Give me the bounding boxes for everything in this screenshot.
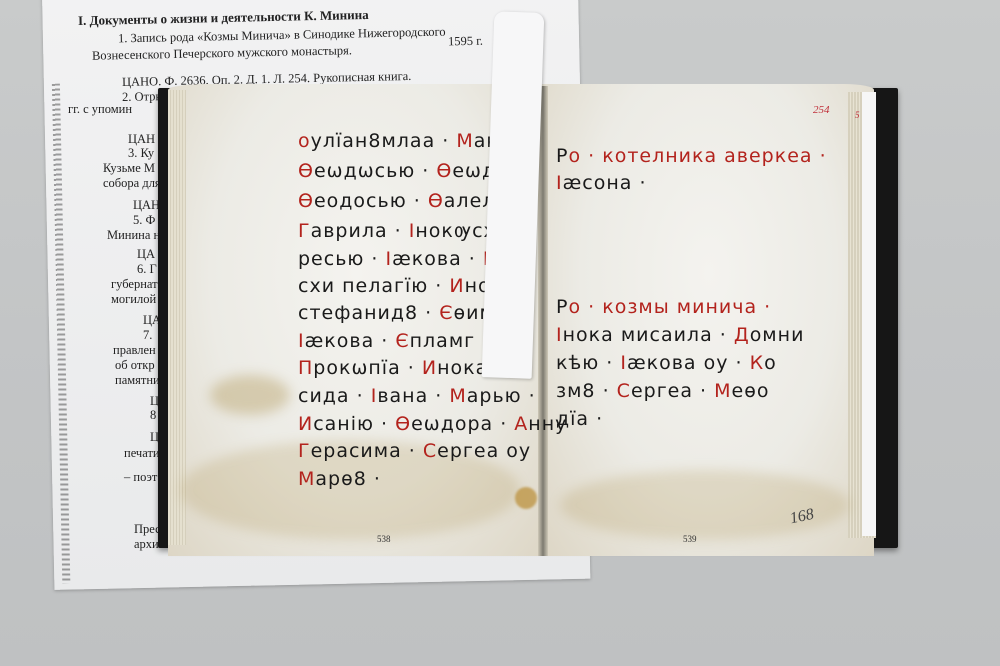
sheet-item1-date: 1595 г. [448,34,483,50]
manuscript-text: арѳ8 · [315,468,381,490]
rubric-text: Ѳ [428,190,444,212]
manuscript-text: нока мисаила · [563,324,734,346]
manuscript-text: ергеа оу [437,440,531,462]
rubric-text: К [750,352,765,374]
manuscript-text: еодосью · [314,190,428,212]
margin-mark: 5 [855,110,860,120]
sheet-fragment: губернат [111,277,158,292]
rubric-text: М [298,468,315,490]
rubric-text: Є [439,302,453,324]
manuscript-text: о [764,352,777,374]
manuscript-line: Прокѡпїа · Инока [298,357,488,379]
page-stain [210,375,290,415]
sheet-fragment: могилой [111,292,156,307]
rubric-text: Г [298,440,311,462]
sheet-fragment: – поэт [124,470,157,485]
manuscript-line: Марѳ8 · [298,468,381,490]
manuscript-line: ресью · Іӕкова · Ин [298,248,512,270]
rubric-text: И [298,413,313,435]
manuscript-text: сида · [298,385,371,407]
right-folio: 539 [683,534,697,544]
sheet-fragment: 7. [143,328,152,343]
sheet-fragment: печати [124,446,160,461]
sheet-fold-shadow [52,84,70,584]
rubric-text: М [456,130,473,152]
manuscript-line: зм8 · Сергеа · Меѳо [556,380,769,402]
rubric-text: С [423,440,437,462]
sheet-fragment: ЦАН [133,198,160,213]
rubric-text: о [298,130,311,152]
sheet-fragment: собора для [103,176,161,191]
rubric-text: М [449,385,466,407]
handwritten-page-number: 254 [813,104,830,116]
rubric-text: І [620,352,627,374]
rubric-text: Г [298,220,311,242]
sheet-fragment: ЦАН [128,132,155,147]
manuscript-line: Іӕкова · Єпламг [298,330,475,352]
left-page-edges [168,90,186,545]
manuscript-text: зм8 · [556,380,617,402]
sheet-fragment: 5. Ф [133,213,155,228]
manuscript-text: санію · [313,413,395,435]
manuscript-text: ергеа · [631,380,714,402]
manuscript-text: ӕкова оу · [627,352,750,374]
manuscript-text: нока [437,357,488,379]
sheet-fragment: Кузьме М [103,161,155,176]
sheet-item2-line2: гг. с упомин [68,102,132,117]
manuscript-line: кѣю · Іӕкова оу · Ко [556,352,777,374]
rubric-text: І [298,330,305,352]
manuscript-line: Ро · козмы минича · [556,296,771,318]
rubric-text: Ѳ [436,160,452,182]
manuscript-text: ӕкова · [392,248,483,270]
manuscript-text: ерасима · [311,440,423,462]
rubric-text: С [617,380,631,402]
book-gutter [538,86,548,556]
sheet-fragment: архи [134,537,159,552]
page-stain [515,487,537,509]
rubric-text: о · котелника аверкеа · [568,145,826,167]
manuscript-line: Герасима · Сергеа оу [298,440,531,462]
inserted-sheet-edge [862,92,876,536]
rubric-text: Є [395,330,409,352]
manuscript-text: ӕсона · [563,172,647,194]
manuscript-text: еѡдора · [411,413,514,435]
manuscript-text: еѳо [732,380,770,402]
rubric-text: П [298,357,313,379]
sheet-fragment: правлен [113,343,156,358]
manuscript-line: Исанію · Ѳеѡдора · Анну [298,413,567,435]
manuscript-text: Р [556,145,568,167]
manuscript-text: аврила · [311,220,409,242]
manuscript-text: дїа · [556,408,603,430]
rubric-text: И [422,357,437,379]
manuscript-text: схи пелагїю · [298,275,449,297]
manuscript-text: ӕкова · [305,330,396,352]
sheet-fragment: 3. Ку [128,146,154,161]
rubric-text: И [449,275,464,297]
rubric-text: А [514,413,528,435]
manuscript-line: Гаврила · Інокѹсхи [298,220,509,242]
rubric-text: о · козмы минича · [568,296,771,318]
sheet-fragment: памятни [115,373,160,388]
manuscript-text: Р [556,296,568,318]
page-stain [560,470,850,540]
manuscript-text: омни [750,324,805,346]
manuscript-text: арью · [467,385,536,407]
sheet-fragment: ЦА [137,247,155,262]
manuscript-line: Іӕсона · [556,172,646,194]
sheet-fragment: Минина н [107,228,160,243]
manuscript-text: кѣю · [556,352,620,374]
manuscript-text: ресью · [298,248,386,270]
rubric-text: М [714,380,731,402]
rubric-text: Ѳ [298,190,314,212]
rubric-text: І [556,324,563,346]
manuscript-line: стефанид8 · Єѳим [298,302,495,324]
manuscript-text: стефанид8 · [298,302,439,324]
sheet-fragment: 6. Г [137,262,157,277]
rubric-text: Ѳ [395,413,411,435]
left-folio: 538 [377,534,391,544]
manuscript-text: улїан8млаа · [311,130,457,152]
manuscript-text: пламг [410,330,476,352]
manuscript-text: вана · [377,385,449,407]
manuscript-line: дїа · [556,408,603,430]
manuscript-text: рокѡпїа · [313,357,422,379]
manuscript-line: Ро · котелника аверкеа · [556,145,827,167]
rubric-text: Ѳ [298,160,314,182]
manuscript-line: Інока мисаила · Домни [556,324,804,346]
rubric-text: І [556,172,563,194]
sheet-fragment: Прес [134,522,161,537]
rubric-text: Д [734,324,750,346]
manuscript-text: еѡдѡсью · [314,160,436,182]
manuscript-line: сида · Івана · Марью · [298,385,536,407]
manuscript-line: Ѳеѡдѡсью · Ѳеѡдѡ [298,160,513,182]
sheet-fragment: об откр [115,358,155,373]
sheet-fragment: 8 [150,408,156,423]
